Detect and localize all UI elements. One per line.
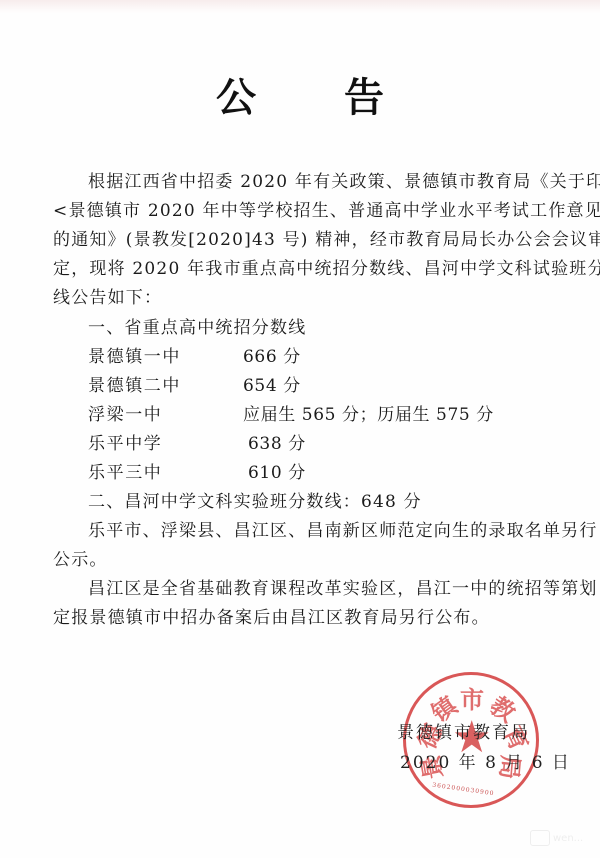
- page-title: 公告: [0, 66, 600, 123]
- top-edge-band: [0, 0, 600, 14]
- intro-line-4: 定，现将 2020 年我市重点高中统招分数线、昌河中学文科试验班分数: [53, 259, 600, 279]
- school-name: 景德镇二中: [88, 376, 181, 396]
- paragraph2-line-2: 公示。: [53, 550, 108, 570]
- school-name: 乐平三中: [88, 463, 162, 483]
- intro-line-1: 根据江西省中招委 2020 年有关政策、景德镇市教育局《关于印发: [88, 172, 600, 192]
- watermark-logo-icon: [530, 830, 550, 846]
- paragraph3-line-1: 昌江区是全省基础教育课程改革实验区，昌江一中的统招等第划: [88, 579, 598, 599]
- intro-line-3: 的通知》(景教发[2020]43 号) 精神，经市教育局局长办公会会议审: [53, 230, 600, 250]
- title-char-2: 告: [344, 66, 384, 123]
- school-name: 乐平中学: [88, 434, 162, 454]
- school-score: 638 分: [248, 434, 306, 454]
- school-score: 应届生 565 分；历届生 575 分: [243, 405, 494, 425]
- section1-heading: 一、省重点高中统招分数线: [88, 318, 306, 338]
- watermark: wen...: [530, 830, 583, 846]
- intro-line-2: <景德镇市 2020 年中等学校招生、普通高中学业水平考试工作意见>: [53, 201, 600, 221]
- school-name: 浮梁一中: [88, 405, 162, 425]
- watermark-text: wen...: [553, 833, 583, 844]
- school-score: 654 分: [243, 376, 301, 396]
- title-char-1: 公: [216, 66, 256, 123]
- issuer-name: 景德镇市教育局: [397, 718, 530, 743]
- paragraph2-line-1: 乐平市、浮梁县、昌江区、昌南新区师范定向生的录取名单另行: [88, 521, 598, 541]
- school-name: 景德镇一中: [88, 347, 181, 367]
- school-score: 666 分: [243, 347, 301, 367]
- intro-line-5: 线公告如下：: [53, 288, 162, 308]
- paragraph3-line-2: 定报景德镇市中招办备案后由昌江区教育局另行公布。: [53, 608, 490, 628]
- school-score: 610 分: [248, 463, 306, 483]
- issue-date: 2020 年 8 月 6 日: [400, 748, 571, 773]
- seal-char: 市: [460, 680, 484, 715]
- section2-heading: 二、昌河中学文科实验班分数线：648 分: [88, 492, 422, 512]
